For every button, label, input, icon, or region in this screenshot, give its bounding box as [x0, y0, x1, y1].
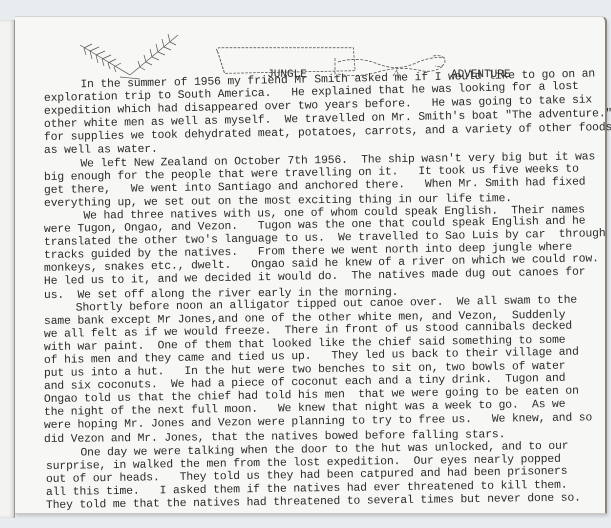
left-page-edge — [0, 20, 15, 518]
story-body: In the summer of 1956 my friend Mr Smith… — [47, 80, 587, 513]
fern-icon — [70, 30, 185, 82]
